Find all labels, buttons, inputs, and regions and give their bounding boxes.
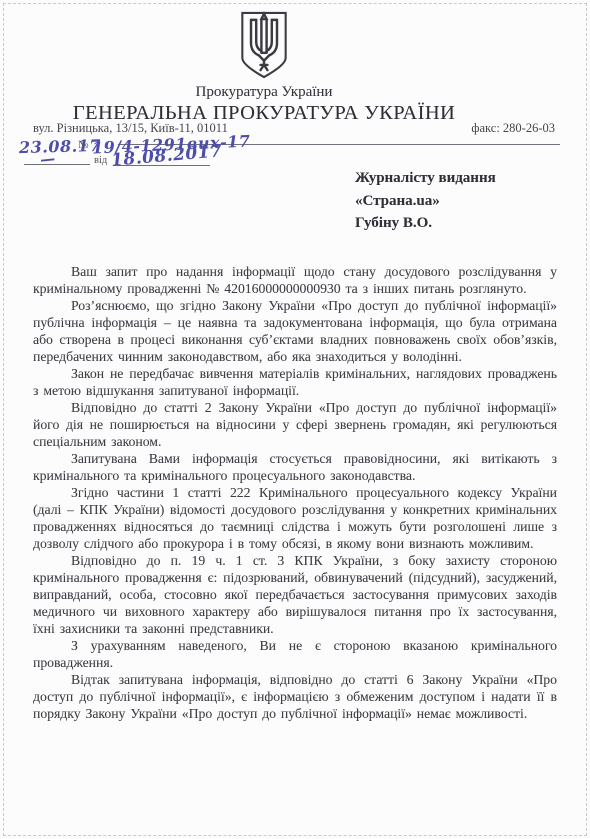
from-label: від <box>94 155 107 166</box>
letterhead: Прокуратура України ГЕНЕРАЛЬНА ПРОКУРАТУ… <box>0 10 528 125</box>
body-paragraph-7: Відповідно до п. 19 ч. 1 ст. 3 КПК Украї… <box>33 552 557 637</box>
body-paragraph-6: Згідно частини 1 статті 222 Кримінальног… <box>33 484 557 552</box>
body-paragraph-3: Закон не передбачає вивчення матеріалів … <box>33 365 557 399</box>
body-paragraph-9: Відтак запитувана інформація, відповідно… <box>33 671 557 722</box>
reference-stamp: 23.08.17 № 19/4-1291вих-17 — від 18.08.2… <box>0 136 590 180</box>
handwritten-dash: — <box>39 149 56 169</box>
recipient-line-outlet: «Страна.ua» <box>355 190 496 213</box>
scanned-letter-page: Прокуратура України ГЕНЕРАЛЬНА ПРОКУРАТУ… <box>0 0 590 839</box>
recipient-line-role: Журналісту видання <box>355 167 496 190</box>
stamp-rule-short <box>24 164 90 165</box>
body-paragraph-2: Роз’яснюємо, що згідно Закону України «П… <box>33 297 557 365</box>
body-paragraph-5: Запитувана Вами інформація стосується пр… <box>33 450 557 484</box>
recipient-block: Журналісту видання «Страна.ua» Губіну В.… <box>355 167 496 235</box>
org-fax: факс: 280-26-03 <box>471 121 555 136</box>
body-paragraph-4: Відповідно до статті 2 Закону України «П… <box>33 399 557 450</box>
recipient-line-name: Губіну В.О. <box>355 212 496 235</box>
body-paragraph-8: З урахуванням наведеного, Ви не є сторон… <box>33 637 557 671</box>
number-sign-label: № <box>78 139 89 151</box>
ukraine-trident-emblem-icon <box>0 10 528 80</box>
address-row: вул. Різницька, 13/15, Київ-11, 01011 фа… <box>33 121 555 136</box>
body-paragraph-1: Ваш запит про надання інформації щодо ст… <box>33 263 557 297</box>
org-name-small: Прокуратура України <box>0 84 528 101</box>
letter-body: Ваш запит про надання інформації щодо ст… <box>33 263 557 722</box>
